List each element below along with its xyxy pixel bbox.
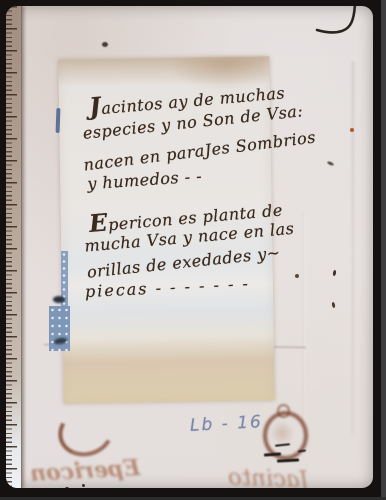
mirrored-offset-text: Jacinto bbox=[228, 465, 310, 488]
ink-ring-stain bbox=[277, 404, 290, 418]
ink-speck bbox=[331, 302, 335, 308]
ink-speck bbox=[65, 487, 69, 488]
ink-smudge bbox=[53, 296, 65, 303]
blue-paper-showthrough bbox=[49, 306, 70, 351]
paper-crease bbox=[303, 211, 306, 426]
ink-speck bbox=[102, 42, 108, 47]
ink-speck bbox=[333, 270, 337, 276]
ink-speck bbox=[327, 161, 335, 167]
pen-scribble bbox=[277, 458, 299, 462]
rust-speck bbox=[350, 128, 354, 132]
measurement-ruler bbox=[6, 6, 22, 488]
ink-speck bbox=[82, 484, 85, 487]
paper-crease bbox=[352, 61, 354, 436]
catalog-number-note: Lb - 16 bbox=[190, 412, 264, 436]
pasted-note-paper: Jacintos ay de muchas especies y no Son … bbox=[58, 56, 274, 403]
brown-arc-stain bbox=[52, 401, 120, 464]
film-frame: Jacintos ay de muchas especies y no Son … bbox=[0, 0, 386, 500]
mirrored-offset-text: Epericon bbox=[29, 455, 140, 487]
manuscript-page-photo: Jacintos ay de muchas especies y no Son … bbox=[6, 6, 373, 488]
ink-ring-stain bbox=[270, 420, 294, 446]
ink-speck bbox=[295, 274, 299, 278]
film-edge-sliver bbox=[381, 0, 386, 500]
ink-dots: . . . bbox=[324, 484, 350, 488]
